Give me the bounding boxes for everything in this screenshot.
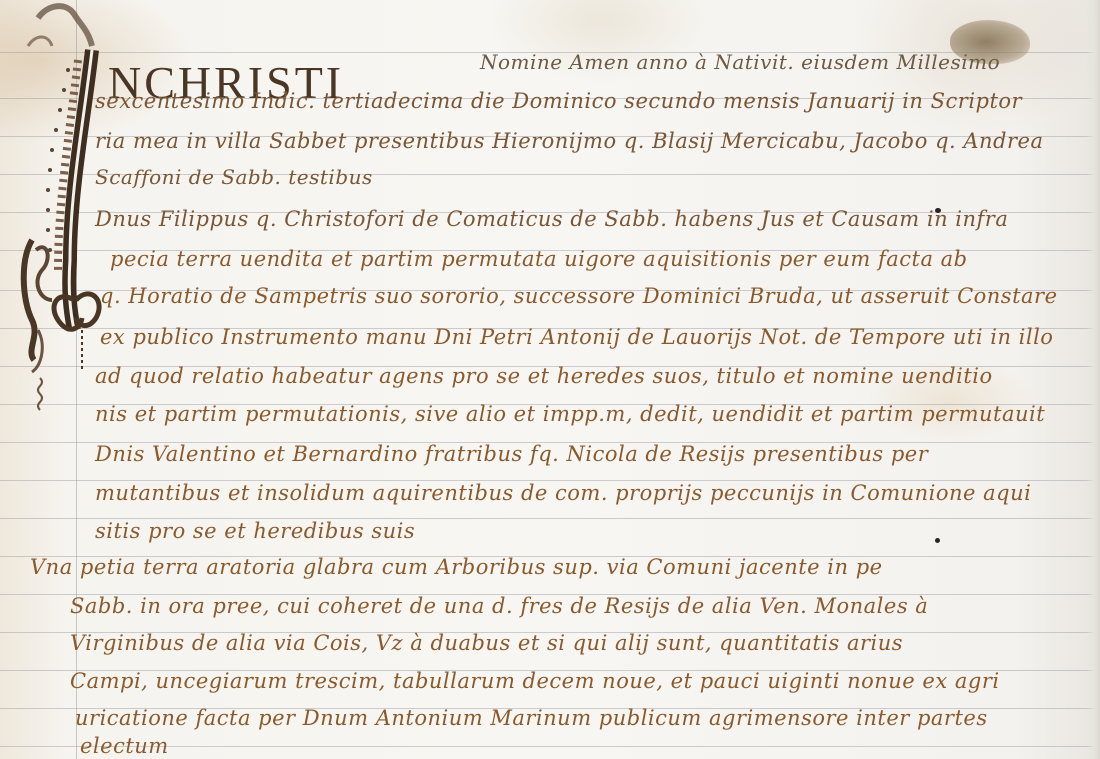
- manuscript-line: Campi, uncegiarum trescim, tabullarum de…: [70, 669, 1000, 693]
- torn-paper-edge: [1086, 0, 1100, 759]
- manuscript-line: Virginibus de alia via Cois, Vz à duabus…: [70, 631, 903, 655]
- manuscript-line: ria mea in villa Sabbet presentibus Hier…: [95, 129, 1044, 153]
- manuscript-line: nis et partim permutationis, sive alio e…: [95, 402, 1045, 426]
- ink-dot: [935, 538, 940, 543]
- manuscript-line: Dnus Filippus q. Christofori de Comaticu…: [95, 207, 1008, 231]
- manuscript-line: Dnis Valentino et Bernardino fratribus f…: [95, 442, 928, 466]
- manuscript-line: sexcentesimo Indic. tertiadecima die Dom…: [95, 89, 1022, 113]
- manuscript-line: q. Horatio de Sampetris suo sororio, suc…: [100, 284, 1058, 308]
- manuscript-line: Scaffoni de Sabb. testibus: [95, 165, 373, 189]
- manuscript-line: electum: [80, 734, 169, 758]
- manuscript-line: pecia terra uendita et partim permutata …: [110, 247, 968, 271]
- manuscript-line: Nomine Amen anno à Nativit. eiusdem Mill…: [480, 50, 1000, 74]
- manuscript-line: Sabb. in ora pree, cui coheret de una d.…: [70, 594, 928, 618]
- manuscript-line: ad quod relatio habeatur agens pro se et…: [95, 364, 993, 388]
- manuscript-line: mutantibus et insolidum aquirentibus de …: [95, 481, 1031, 505]
- manuscript-page: NCHRISTI Nomine Amen anno à Nativit. eiu…: [0, 0, 1100, 759]
- manuscript-line: Vna petia terra aratoria glabra cum Arbo…: [30, 555, 883, 579]
- manuscript-line: sitis pro se et heredibus suis: [95, 519, 415, 543]
- manuscript-line: ex publico Instrumento manu Dni Petri An…: [100, 325, 1053, 349]
- manuscript-line: uricatione facta per Dnum Antonium Marin…: [75, 706, 988, 730]
